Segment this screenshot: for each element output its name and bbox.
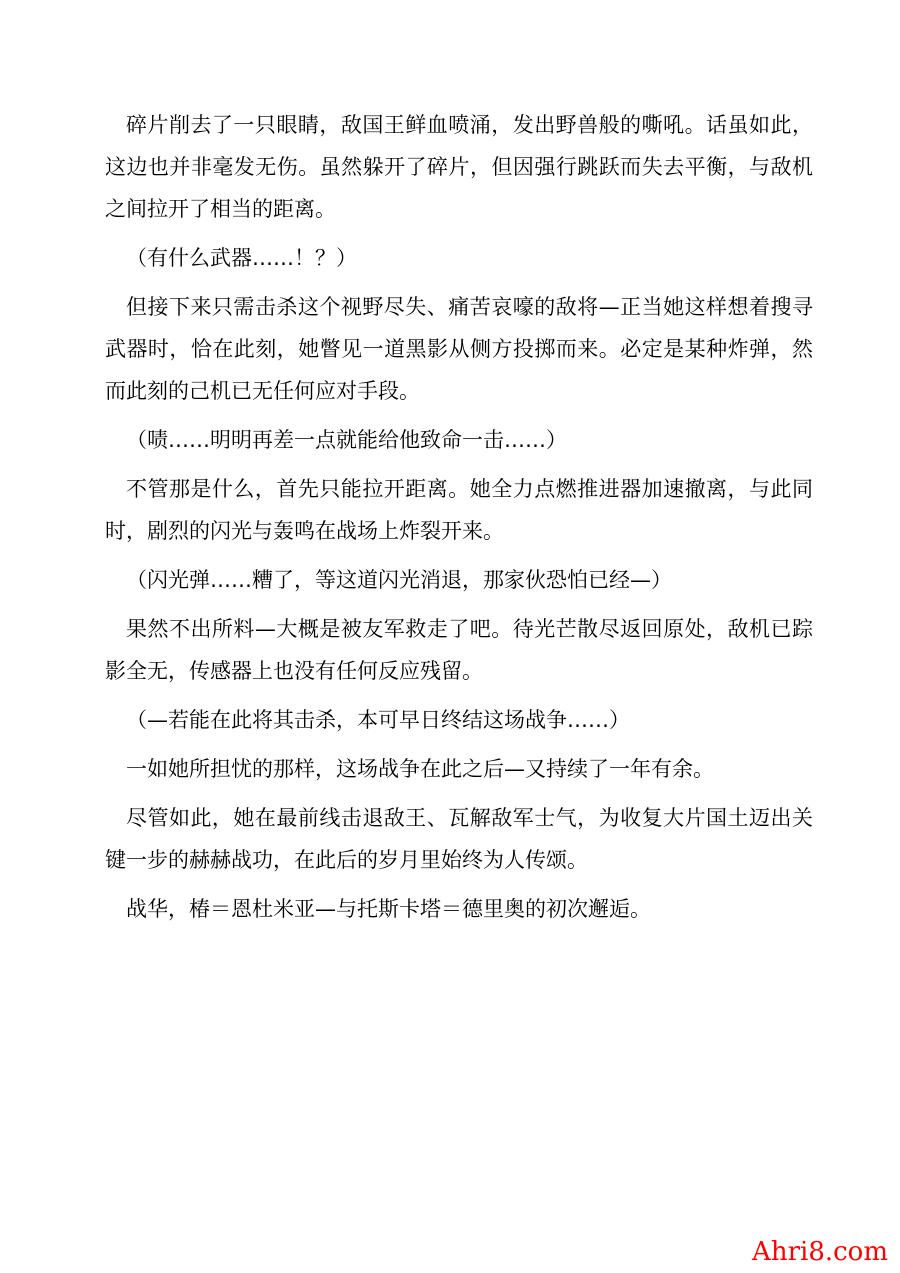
body-text: 碎片削去了一只眼睛，敌国王鲜血喷涌，发出野兽般的嘶吼。话虽如此，这边也并非毫发无… <box>105 104 813 937</box>
paragraph: 但接下来只需击杀这个视野尽失、痛苦哀嚎的敌将—正当她这样想着搜寻武器时，恰在此刻… <box>105 286 813 412</box>
paragraph: 果然不出所料—大概是被友军救走了吧。待光芒散尽返回原处，敌机已踪影全无，传感器上… <box>105 608 813 692</box>
paragraph: （闪光弹……糟了，等这道闪光消退，那家伙恐怕已经—） <box>105 559 813 601</box>
paragraph: （有什么武器……！？） <box>105 237 813 279</box>
paragraph: （—若能在此将其击杀，本可早日终结这场战争……） <box>105 699 813 741</box>
paragraph: 尽管如此，她在最前线击退敌王、瓦解敌军士气，为收复大片国土迈出关键一步的赫赫战功… <box>105 797 813 881</box>
paragraph: 不管那是什么，首先只能拉开距离。她全力点燃推进器加速撤离，与此同时，剧烈的闪光与… <box>105 468 813 552</box>
paragraph: 战华，椿＝恩杜米亚—与托斯卡塔＝德里奥的初次邂逅。 <box>105 888 813 930</box>
site-watermark: Ahri8.com <box>752 1239 888 1265</box>
paragraph: （啧……明明再差一点就能给他致命一击……） <box>105 419 813 461</box>
paragraph: 一如她所担忧的那样，这场战争在此之后—又持续了一年有余。 <box>105 748 813 790</box>
document-page: 碎片削去了一只眼睛，敌国王鲜血喷涌，发出野兽般的嘶吼。话虽如此，这边也并非毫发无… <box>0 0 900 1273</box>
paragraph: 碎片削去了一只眼睛，敌国王鲜血喷涌，发出野兽般的嘶吼。话虽如此，这边也并非毫发无… <box>105 104 813 230</box>
